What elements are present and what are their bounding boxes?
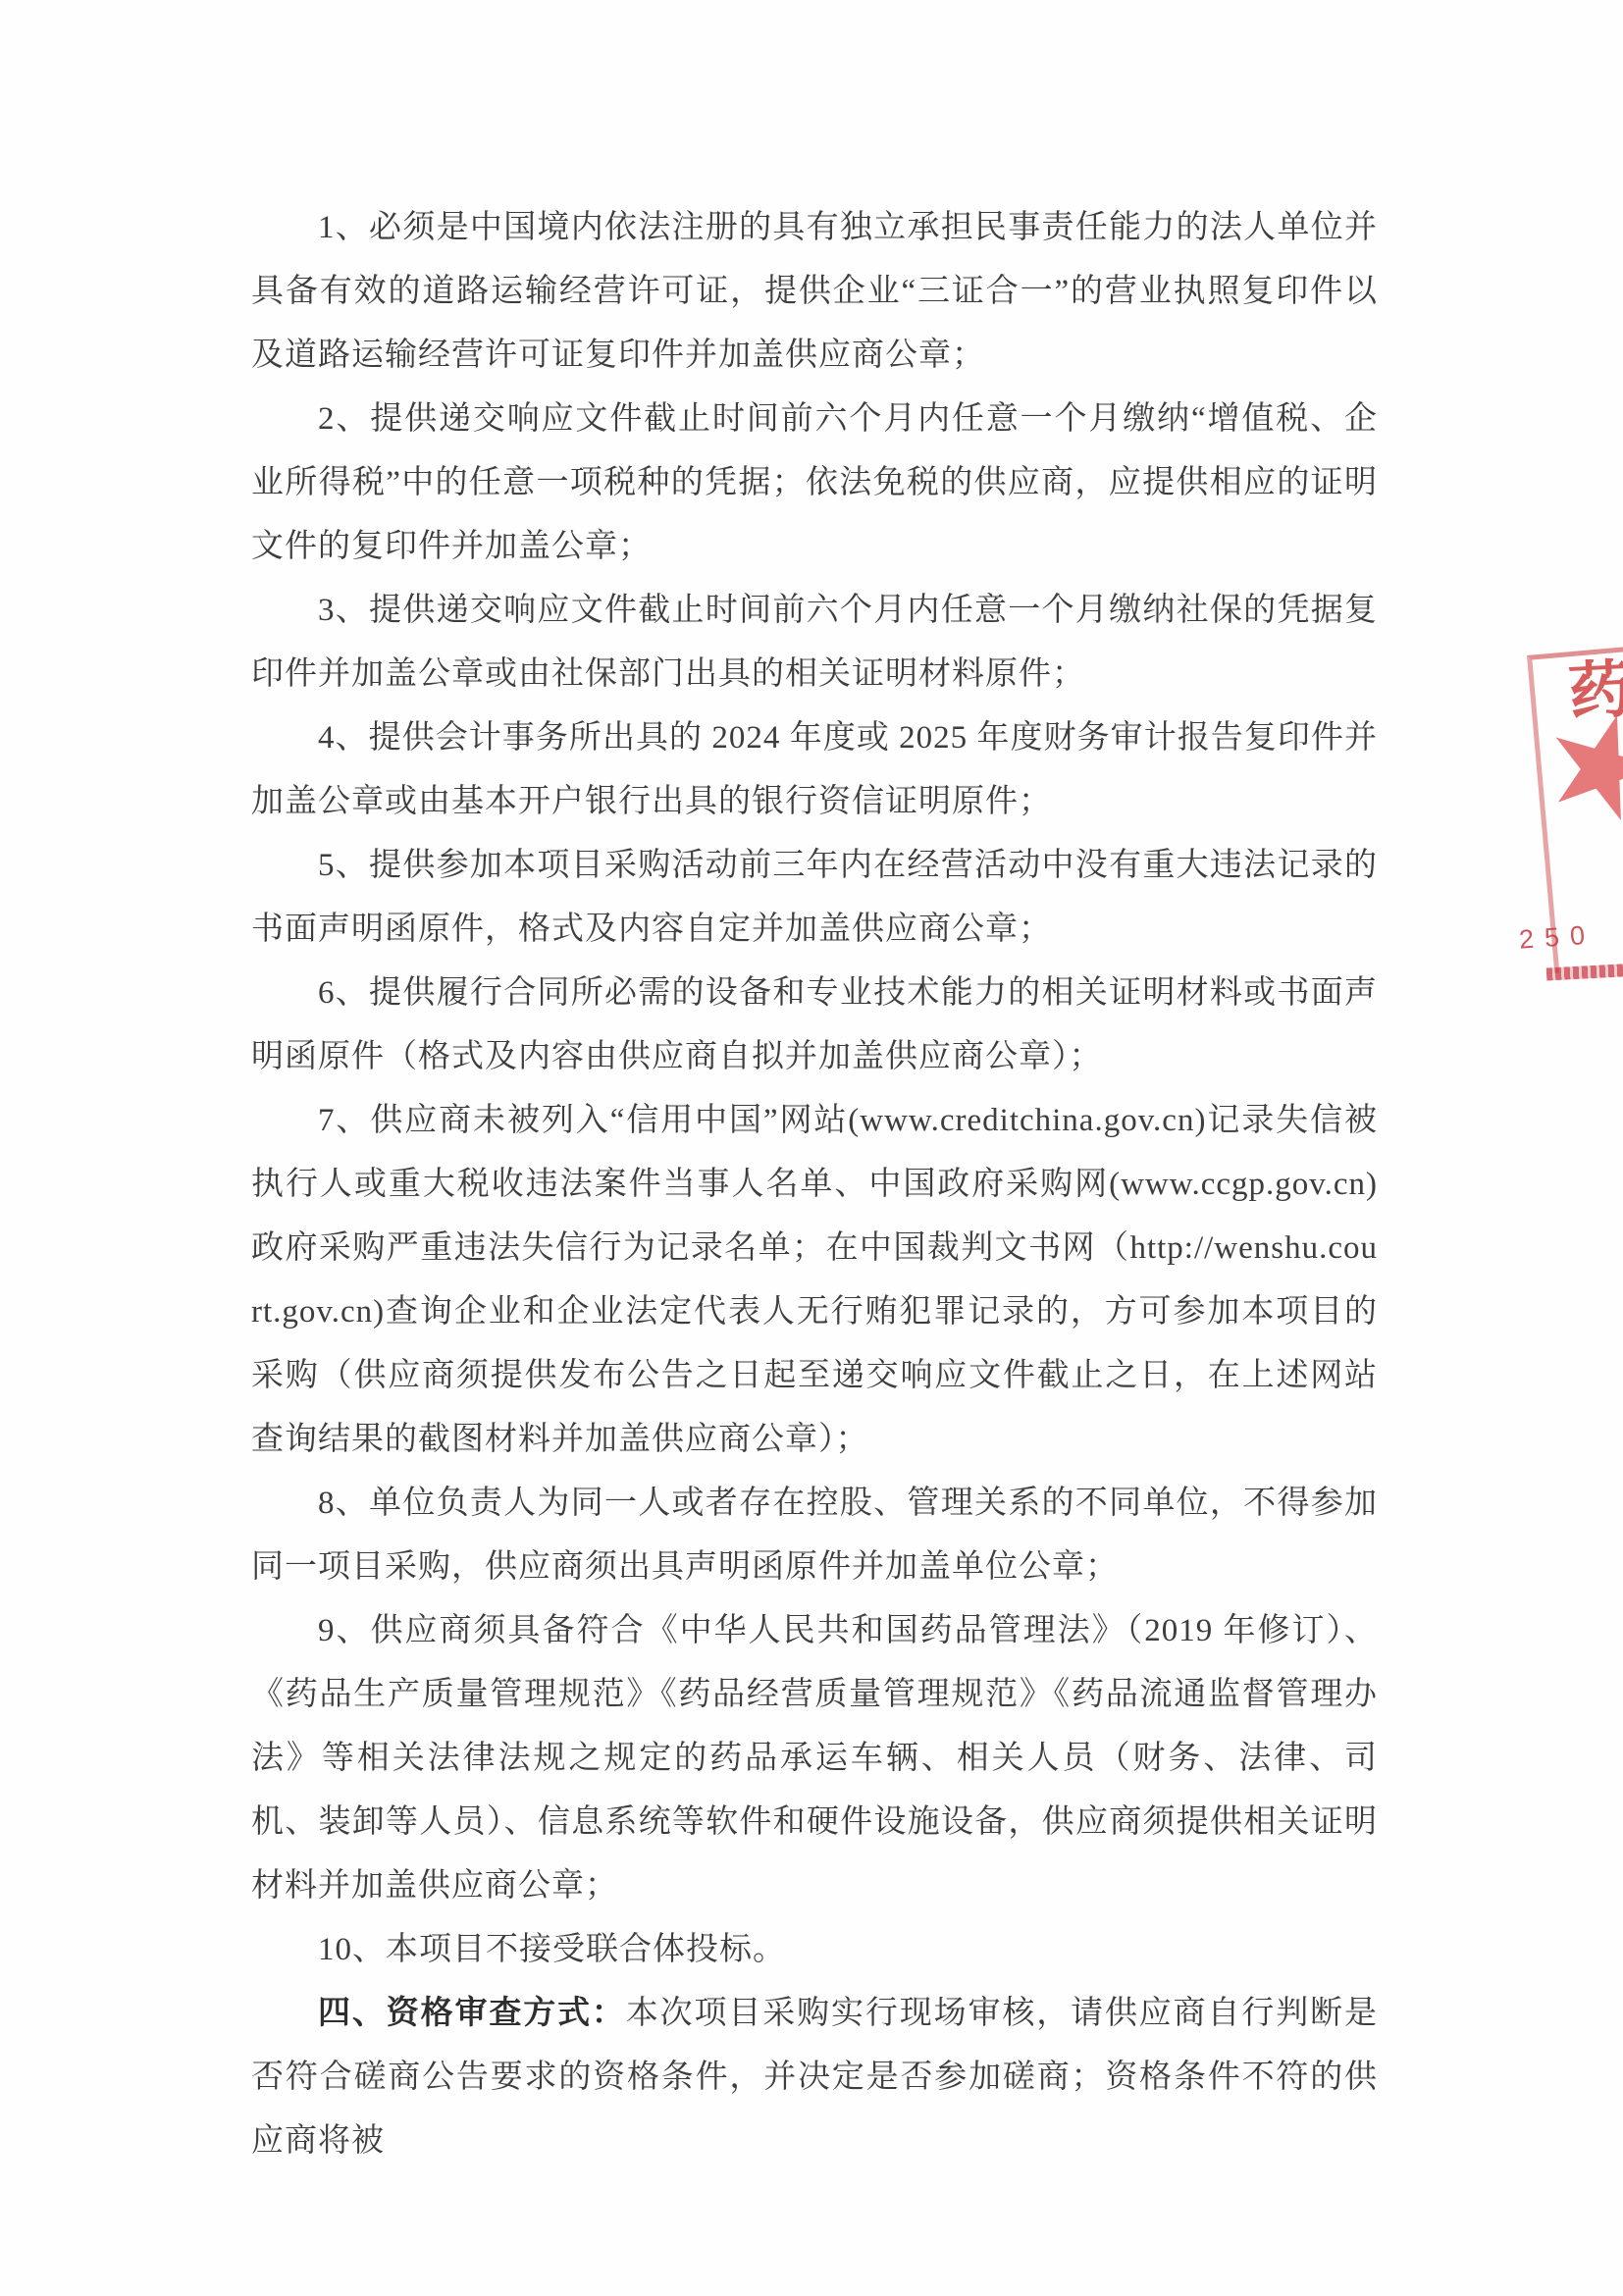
paragraph-7: 7、供应商未被列入“信用中国”网站(www.creditchina.gov.cn… (251, 1089, 1378, 1472)
paragraph-4: 4、提供会计事务所出具的 2024 年度或 2025 年度财务审计报告复印件并加… (251, 706, 1378, 834)
scanned-document-page: 1、必须是中国境内依法注册的具有独立承担民事责任能力的法人单位并具备有效的道路运… (0, 0, 1623, 2296)
paragraph-1: 1、必须是中国境内依法注册的具有独立承担民事责任能力的法人单位并具备有效的道路运… (251, 196, 1378, 388)
document-body: 1、必须是中国境内依法注册的具有独立承担民事责任能力的法人单位并具备有效的道路运… (251, 196, 1378, 2173)
paragraph-2: 2、提供递交响应文件截止时间前六个月内任意一个月缴纳“增值税、企业所得税”中的任… (251, 388, 1378, 579)
paragraph-5: 5、提供参加本项目采购活动前三年内在经营活动中没有重大违法记录的书面声明函原件，… (251, 834, 1378, 962)
paragraph-9: 9、供应商须具备符合《中华人民共和国药品管理法》（2019 年修订）、《药品生产… (251, 1599, 1378, 1918)
paragraph-6: 6、提供履行合同所必需的设备和专业技术能力的相关证明材料或书面声明函原件（格式及… (251, 962, 1378, 1089)
stamp-serial-digits: 250 (1518, 921, 1597, 953)
paragraph-10: 10、本项目不接受联合体投标。 (251, 1918, 1378, 1982)
section-4-heading: 四、资格审查方式： (318, 1996, 626, 2031)
paragraph-3: 3、提供递交响应文件截止时间前六个月内任意一个月缴纳社保的凭据复印件并加盖公章或… (251, 579, 1378, 706)
paragraph-8: 8、单位负责人为同一人或者存在控股、管理关系的不同单位，不得参加同一项目采购，供… (251, 1472, 1378, 1599)
section-4-paragraph: 四、资格审查方式：本次项目采购实行现场审核，请供应商自行判断是否符合磋商公告要求… (251, 1982, 1378, 2173)
